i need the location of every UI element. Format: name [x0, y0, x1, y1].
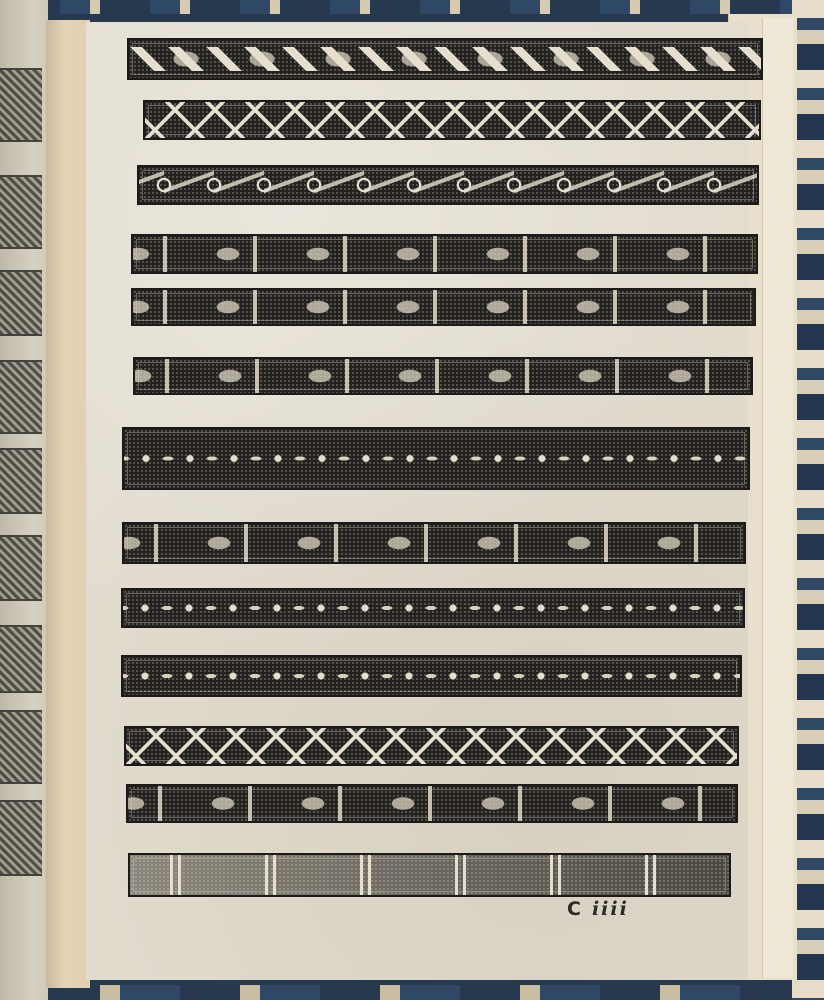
page-edge-stack [762, 18, 793, 978]
ornament-band-column-baluster [128, 853, 731, 897]
signature-numeral: iiii [592, 898, 629, 920]
facing-page-ornament [0, 710, 42, 784]
ornament-band-diagonal-lattice-diamond [143, 100, 761, 140]
gutter-backing-strip [46, 20, 90, 988]
woodcut-motif [139, 167, 757, 203]
woodcut-motif [124, 524, 744, 562]
woodcut-motif [123, 657, 740, 695]
ornament-band-floral-vine-leaf [121, 655, 742, 697]
woodcut-motif [133, 290, 754, 324]
ornament-band-leaf-diamond-vine [127, 38, 763, 80]
woodcut-motif [126, 728, 737, 764]
woodcut-motif [135, 359, 751, 393]
ornament-band-dragon-arabesque [126, 784, 738, 823]
ornament-band-wave-scroll-acanthus [137, 165, 759, 205]
woodcut-motif [130, 855, 729, 895]
ornament-band-grotesque-candelabra [131, 288, 756, 326]
facing-page-ornament [0, 360, 42, 434]
facing-page-ornament [0, 625, 42, 693]
facing-page-ornament [0, 68, 42, 142]
woodcut-motif [133, 236, 756, 272]
signature-letter: C [567, 898, 582, 920]
woodcut-motif [124, 429, 748, 488]
woodcut-motif [128, 786, 736, 821]
ornament-band-vine-with-beasts [122, 522, 746, 564]
facing-page-ornament [0, 800, 42, 876]
ornament-band-putti-figures-grotesque [131, 234, 758, 274]
cover-top-edge [60, 0, 820, 14]
facing-page-ornament [0, 270, 42, 336]
ornament-band-floral-branch [121, 588, 745, 628]
facing-page-left [0, 0, 48, 1000]
woodcut-motif [123, 590, 743, 626]
ornament-band-zigzag-flower [124, 726, 739, 766]
facing-page-ornament [0, 535, 42, 601]
signature-mark: Ciiii [567, 898, 629, 920]
facing-page-ornament [0, 448, 42, 514]
woodcut-motif [145, 102, 759, 138]
woodcut-motif [129, 40, 761, 78]
ornament-band-flowering-vine-dotted-ground [122, 427, 750, 490]
ornament-band-grotesque-dagger [133, 357, 753, 395]
cover-bottom-edge [40, 985, 820, 1000]
facing-page-ornament [0, 175, 42, 249]
